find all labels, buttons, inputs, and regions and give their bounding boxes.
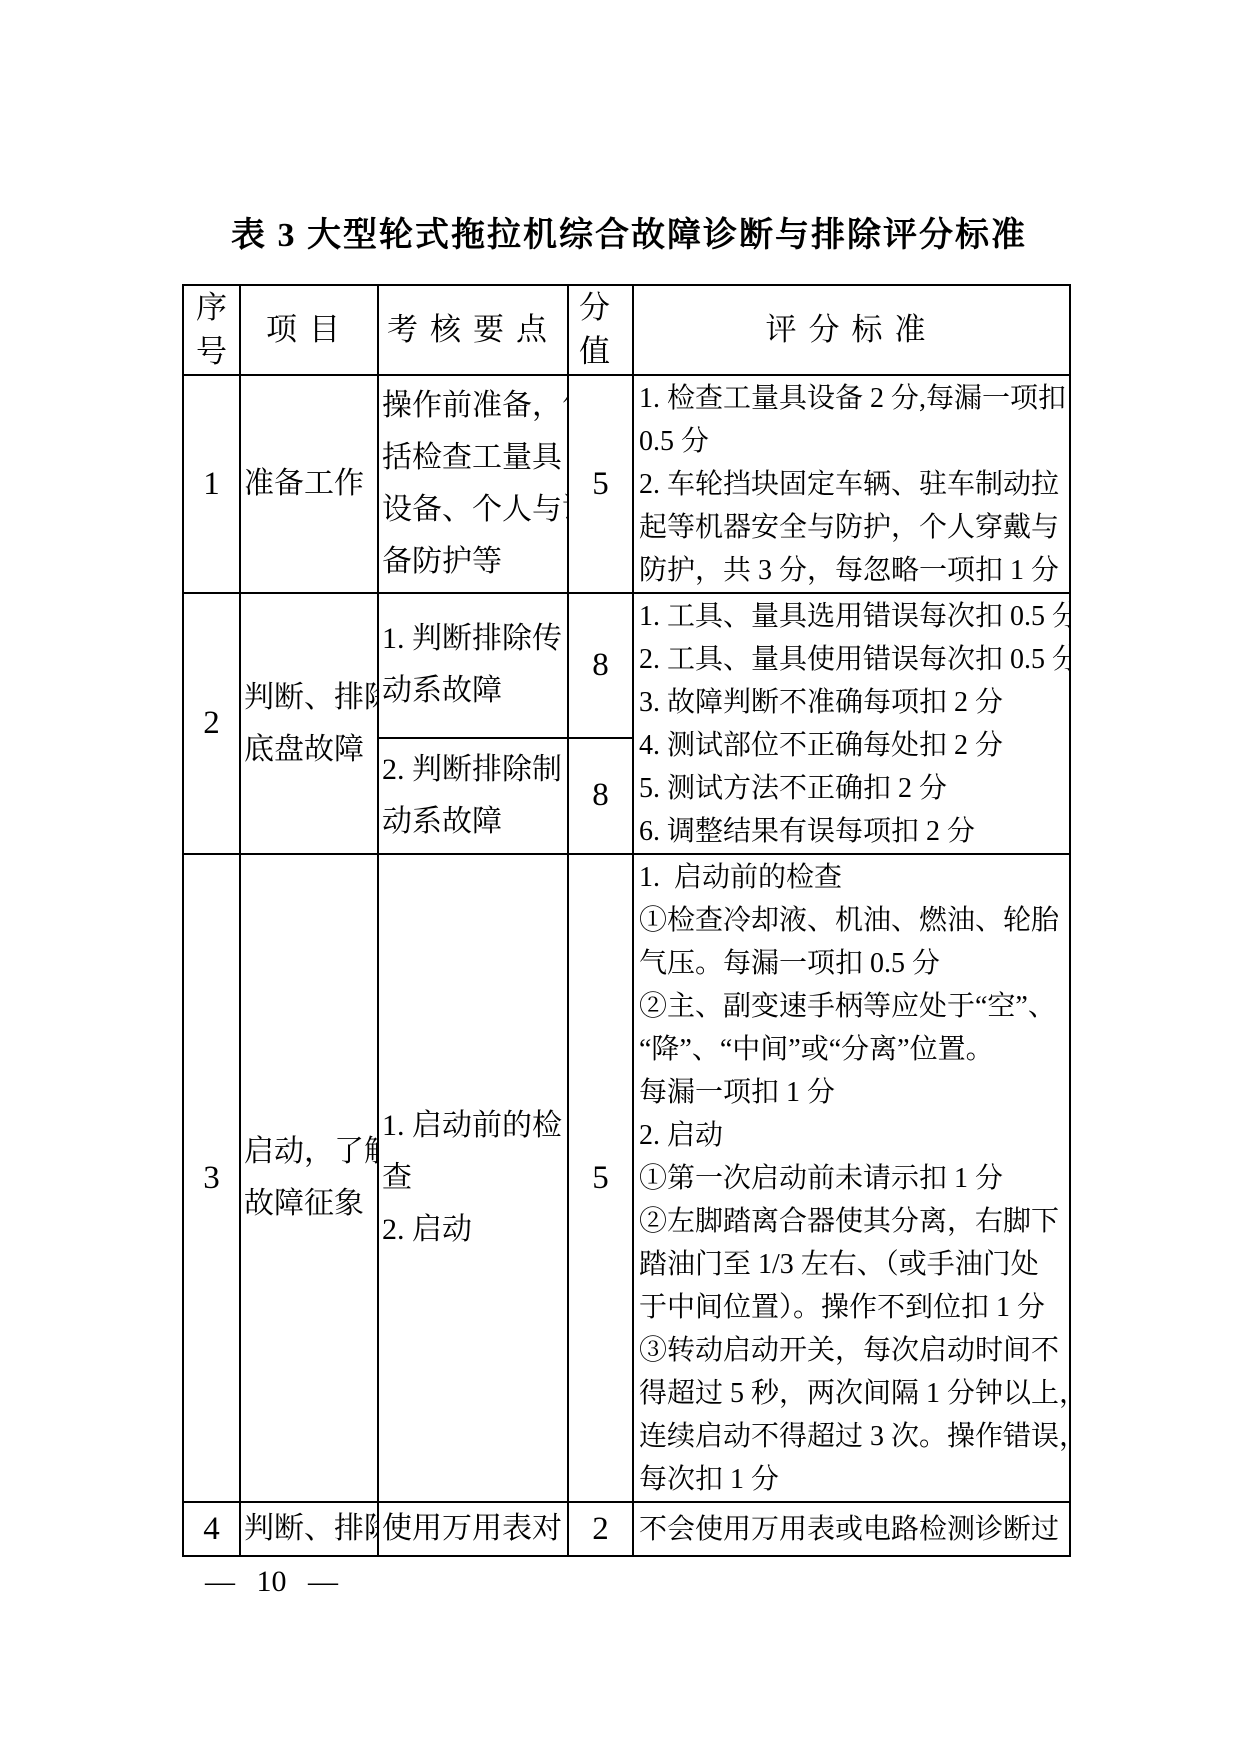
cell-standard: 1. 工具、量具选用错误每次扣 0.5 分 2. 工具、量具使用错误每次扣 0.… [633,593,1070,854]
header-score: 分值 [568,285,633,375]
cell-seq: 4 [183,1502,240,1556]
table-header-row: 序 号 项目 考核要点 分值 评分标准 [183,285,1070,375]
page-number: — 10 — [205,1565,338,1599]
cell-seq: 2 [183,593,240,854]
cell-points: 使用万用表对 [378,1502,568,1556]
cell-seq: 3 [183,854,240,1502]
header-item: 项目 [240,285,378,375]
cell-score: 2 [568,1502,633,1556]
table-row: 4 判断、排除 使用万用表对 2 不会使用万用表或电路检测诊断过 [183,1502,1070,1556]
cell-item: 判断、排除 底盘故障 [240,593,378,854]
header-standard: 评分标准 [633,285,1070,375]
cell-seq: 1 [183,375,240,593]
cell-points: 1. 判断排除传 动系故障 [378,593,568,738]
table-row: 2 判断、排除 底盘故障 1. 判断排除传 动系故障 8 1. 工具、量具选用错… [183,593,1070,738]
cell-item: 启动，了解 故障征象 [240,854,378,1502]
cell-score: 8 [568,738,633,854]
cell-item: 判断、排除 [240,1502,378,1556]
table-row: 3 启动，了解 故障征象 1. 启动前的检 查 2. 启动 5 1. 启动前的检… [183,854,1070,1502]
page-title: 表 3 大型轮式拖拉机综合故障诊断与排除评分标准 [231,207,1027,256]
table-row: 1 准备工作 操作前准备，包 括检查工量具 设备、个人与设 备防护等 5 1. … [183,375,1070,593]
cell-item: 准备工作 [240,375,378,593]
cell-standard: 不会使用万用表或电路检测诊断过 [633,1502,1070,1556]
cell-points: 1. 启动前的检 查 2. 启动 [378,854,568,1502]
cell-points: 2. 判断排除制 动系故障 [378,738,568,854]
cell-score: 5 [568,375,633,593]
cell-standard: 1. 启动前的检查 ①检查冷却液、机油、燃油、轮胎 气压。每漏一项扣 0.5 分… [633,854,1070,1502]
cell-score: 5 [568,854,633,1502]
cell-points: 操作前准备，包 括检查工量具 设备、个人与设 备防护等 [378,375,568,593]
header-points: 考核要点 [378,285,568,375]
score-standard-table: 序 号 项目 考核要点 分值 评分标准 1 准备工作 操作前准备，包 括检查工量… [182,284,1071,1557]
header-seq: 序 号 [183,285,240,375]
cell-score: 8 [568,593,633,738]
cell-standard: 1. 检查工量具设备 2 分,每漏一项扣 0.5 分 2. 车轮挡块固定车辆、驻… [633,375,1070,593]
